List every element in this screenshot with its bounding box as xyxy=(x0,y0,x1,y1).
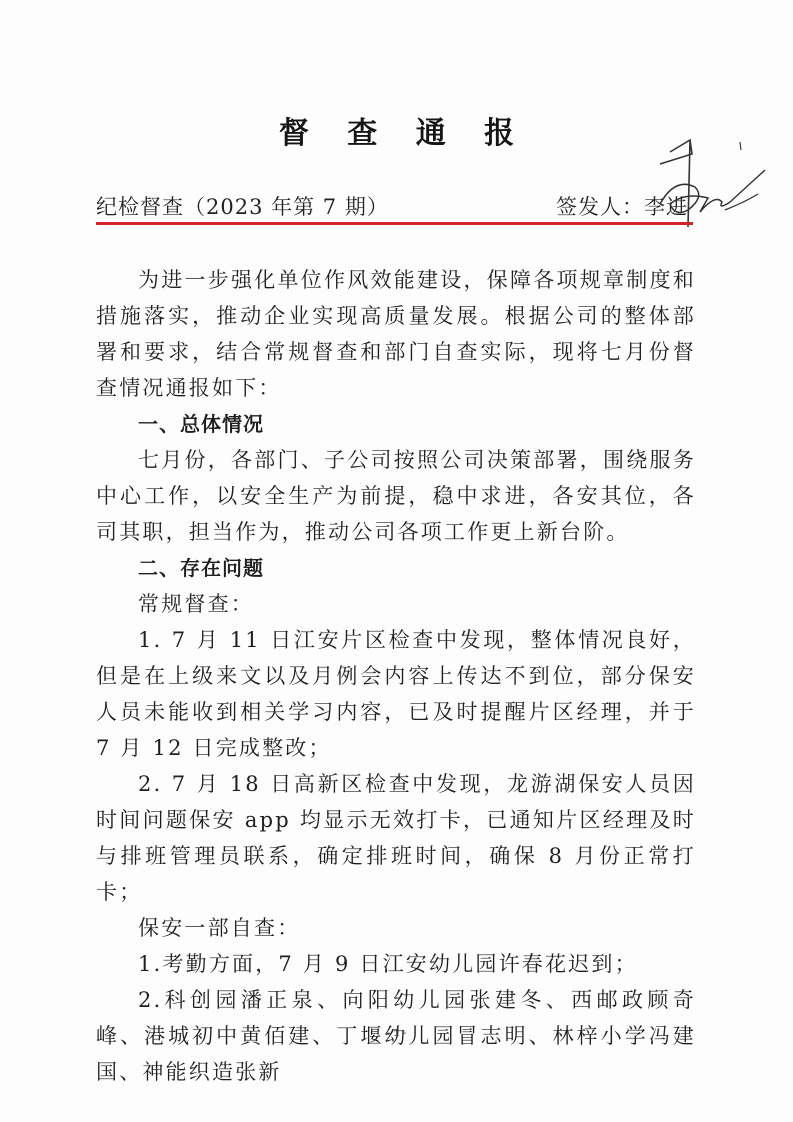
document-body: 为进一步强化单位作风效能建设，保障各项规章制度和措施落实，推动企业实现高质量发展… xyxy=(96,262,696,1090)
routine-item-1: 1. 7 月 11 日江安片区检查中发现，整体情况良好，但是在上级来文以及月例会… xyxy=(96,622,696,766)
page-number: - 1 - xyxy=(0,1028,793,1039)
overall-paragraph: 七月份，各部门、子公司按照公司决策部署，围绕服务中心工作，以安全生产为前提，稳中… xyxy=(96,442,696,550)
document-page: 督 查 通 报 纪检督查（2023 年第 7 期） 签发人：李进 为进一步强化单… xyxy=(0,0,793,1122)
self-inspection-item-1: 1.考勤方面，7 月 9 日江安幼儿园许春花迟到； xyxy=(96,946,696,982)
issue-number: 纪检督查（2023 年第 7 期） xyxy=(96,191,389,221)
handwritten-signature-icon xyxy=(630,132,780,232)
section-heading-overall: 一、总体情况 xyxy=(96,406,696,442)
red-header-rule xyxy=(96,222,693,225)
routine-inspection-label: 常规督查： xyxy=(96,586,696,622)
section-heading-issues: 二、存在问题 xyxy=(96,550,696,586)
routine-item-2: 2. 7 月 18 日高新区检查中发现，龙游湖保安人员因时间问题保安 app 均… xyxy=(96,766,696,910)
self-inspection-label: 保安一部自查： xyxy=(96,910,696,946)
intro-paragraph: 为进一步强化单位作风效能建设，保障各项规章制度和措施落实，推动企业实现高质量发展… xyxy=(96,262,696,406)
